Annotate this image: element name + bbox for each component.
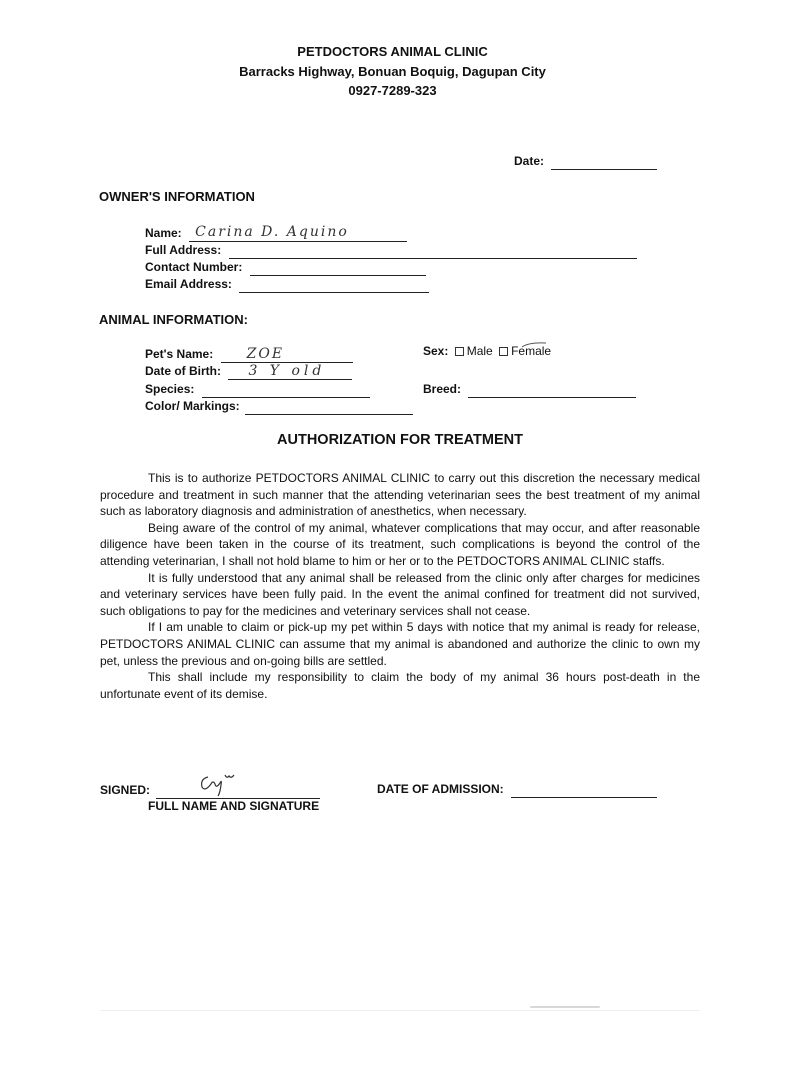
breed-label: Breed: <box>423 382 461 396</box>
owner-email-label: Email Address: <box>145 277 232 291</box>
color-markings-field: Color/ Markings: <box>145 397 413 415</box>
authorization-paragraph: It is fully understood that any animal s… <box>100 570 700 620</box>
scan-smudge <box>530 1006 600 1008</box>
animal-section-title: ANIMAL INFORMATION: <box>99 312 248 327</box>
color-markings-label: Color/ Markings: <box>145 399 240 413</box>
sex-field: Sex: Male Female <box>423 344 551 358</box>
species-input[interactable] <box>202 383 370 398</box>
sex-female-checkbox[interactable] <box>499 347 508 356</box>
owner-address-label: Full Address: <box>145 243 221 257</box>
sex-female-label: Female <box>511 344 551 358</box>
owner-contact-field: Contact Number: <box>145 258 426 276</box>
authorization-paragraph: If I am unable to claim or pick-up my pe… <box>100 619 700 669</box>
owner-address-input[interactable] <box>229 244 637 259</box>
pet-name-input[interactable]: ZOE <box>221 348 353 363</box>
date-field: Date: <box>514 152 657 170</box>
sex-male-label: Male <box>467 344 493 358</box>
authorization-paragraph: Being aware of the control of my animal,… <box>100 520 700 570</box>
owner-contact-label: Contact Number: <box>145 260 242 274</box>
owner-section-title: OWNER'S INFORMATION <box>99 189 255 204</box>
date-label: Date: <box>514 154 544 168</box>
owner-name-handwriting: Carina D. Aquino <box>195 224 349 240</box>
clinic-phone: 0927-7289-323 <box>0 83 785 98</box>
species-label: Species: <box>145 382 194 396</box>
signed-field: SIGNED: <box>100 781 320 799</box>
sex-label: Sex: <box>423 344 448 358</box>
pet-name-label: Pet's Name: <box>145 347 213 361</box>
owner-name-input[interactable]: Carina D. Aquino <box>189 227 407 242</box>
date-of-admission-field: DATE OF ADMISSION: <box>377 780 657 798</box>
authorization-paragraph: This is to authorize PETDOCTORS ANIMAL C… <box>100 470 700 520</box>
scan-edge-line <box>100 1010 700 1011</box>
species-field: Species: <box>145 380 370 398</box>
authorization-title: AUTHORIZATION FOR TREATMENT <box>0 432 785 448</box>
dob-field: Date of Birth: 3 Y old <box>145 362 352 380</box>
dob-input[interactable]: 3 Y old <box>228 365 352 380</box>
dob-handwriting: 3 Y old <box>248 363 325 379</box>
signed-label: SIGNED: <box>100 783 150 797</box>
owner-email-input[interactable] <box>239 278 429 293</box>
signature-input[interactable] <box>156 784 320 799</box>
signature-caption: FULL NAME AND SIGNATURE <box>148 799 319 813</box>
pet-name-handwriting: ZOE <box>247 346 284 362</box>
date-input-line[interactable] <box>551 155 657 170</box>
date-of-admission-input[interactable] <box>511 783 657 798</box>
clinic-name: PETDOCTORS ANIMAL CLINIC <box>0 44 785 59</box>
dob-label: Date of Birth: <box>145 364 221 378</box>
sex-male-checkbox[interactable] <box>455 347 464 356</box>
breed-input[interactable] <box>468 383 636 398</box>
check-mark-icon <box>521 341 547 349</box>
breed-field: Breed: <box>423 380 636 398</box>
color-markings-input[interactable] <box>245 400 413 415</box>
authorization-paragraph: This shall include my responsibility to … <box>100 669 700 702</box>
owner-email-field: Email Address: <box>145 275 429 293</box>
owner-name-field: Name: Carina D. Aquino <box>145 224 407 242</box>
owner-address-field: Full Address: <box>145 241 637 259</box>
clinic-address: Barracks Highway, Bonuan Boquig, Dagupan… <box>0 64 785 79</box>
signature-scribble-icon <box>194 771 264 797</box>
owner-contact-input[interactable] <box>250 261 426 276</box>
owner-name-label: Name: <box>145 226 182 240</box>
authorization-body: This is to authorize PETDOCTORS ANIMAL C… <box>100 470 700 702</box>
pet-name-field: Pet's Name: ZOE <box>145 345 353 363</box>
date-of-admission-label: DATE OF ADMISSION: <box>377 782 504 796</box>
